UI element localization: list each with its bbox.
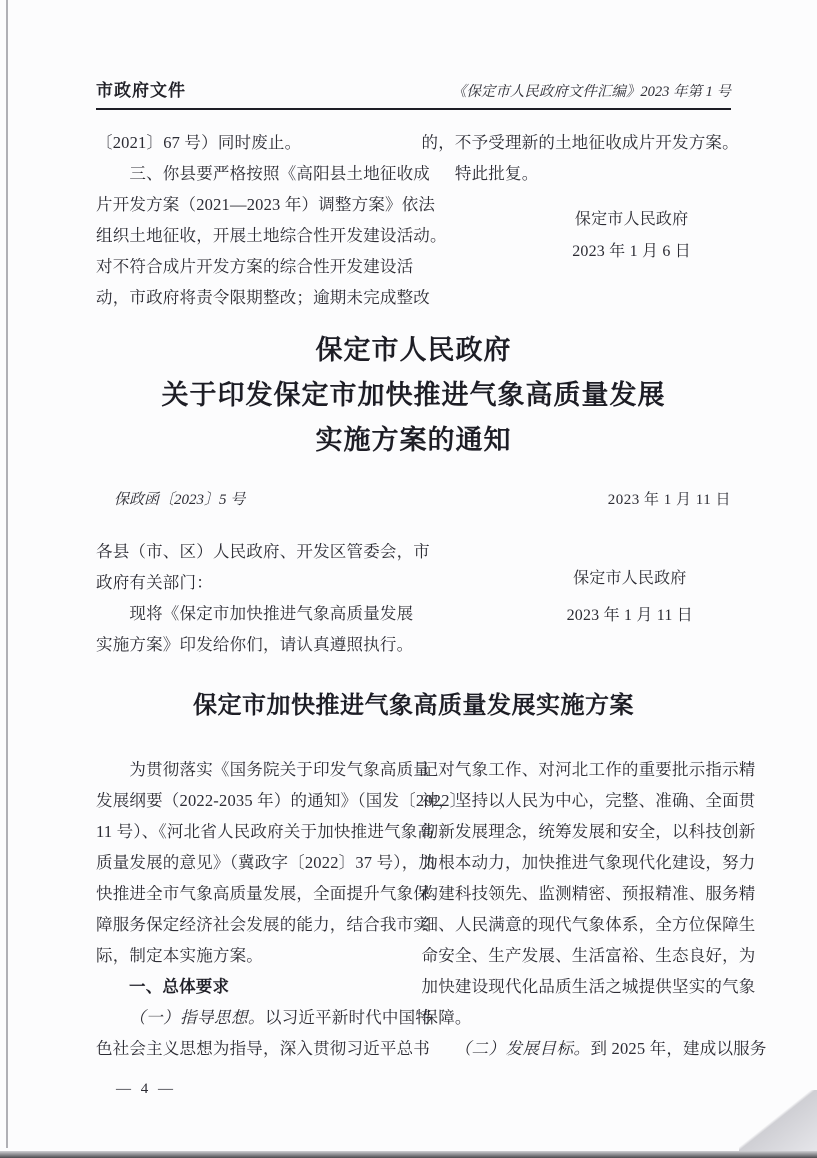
column-right: 记对气象工作、对河北工作的重要批示指示精神，坚持以人民为中心，完整、准确、全面贯…: [422, 754, 732, 1064]
plan-section-heading: 一、总体要求: [96, 971, 406, 1002]
section-plan-body: 为贯彻落实《国务院关于印发气象高质量发展纲要（2022-2035 年）的通知》（…: [96, 754, 731, 1064]
text-line: 现将《保定市加快推进气象高质量发展: [96, 598, 406, 629]
column-left: 为贯彻落实《国务院关于印发气象高质量发展纲要（2022-2035 年）的通知》（…: [96, 754, 406, 1064]
header-rule: [96, 108, 731, 110]
notice-title-line: 关于印发保定市加快推进气象高质量发展: [96, 373, 731, 418]
plan-item-label: （一）指导思想。: [129, 1008, 265, 1027]
text-line: 为贯彻落实《国务院关于印发气象高质量: [96, 754, 406, 785]
section-reply-end: 〔2021〕67 号）同时废止。 三、你县要严格按照《高阳县土地征收成片开发方案…: [96, 127, 731, 313]
plan-item-line: （二）发展目标。到 2025 年，建成以服务: [422, 1033, 732, 1064]
column-left: 〔2021〕67 号）同时废止。 三、你县要严格按照《高阳县土地征收成片开发方案…: [96, 127, 406, 313]
signature-issuer: 保定市人民政府: [572, 204, 691, 236]
plan-item-label: （二）发展目标。: [455, 1039, 591, 1058]
text-line: 组织土地征收，开展土地综合性开发建设活动。: [96, 220, 406, 251]
notice-title-line: 保定市人民政府: [96, 328, 731, 373]
signature-date: 2023 年 1 月 11 日: [567, 597, 693, 634]
text-line: 质量发展的意见》（冀政字〔2022〕37 号），加: [96, 847, 406, 878]
text-line: 为根本动力，加快推进气象现代化建设，努力: [422, 847, 732, 878]
text-line: 对不符合成片开发方案的综合性开发建设活: [96, 251, 406, 282]
text-line: 的，不予受理新的土地征收成片开发方案。: [422, 127, 732, 158]
column-right: 保定市人民政府 2023 年 1 月 11 日: [422, 536, 732, 660]
plan-right-paragraph: 记对气象工作、对河北工作的重要批示指示精神，坚持以人民为中心，完整、准确、全面贯…: [422, 754, 732, 1033]
text-line: 保障。: [422, 1002, 732, 1033]
text-line: 片开发方案（2021—2023 年）调整方案》依法: [96, 189, 406, 220]
notice-meta: 保政函〔2023〕5 号 2023 年 1 月 11 日: [96, 488, 731, 509]
text-line: 际，制定本实施方案。: [96, 940, 406, 971]
text-line: 特此批复。: [422, 158, 732, 189]
plan-item-text: 到 2025 年，建成以服务: [591, 1039, 767, 1058]
page-footer: — 4 —: [96, 1080, 731, 1098]
page-number: — 4 —: [116, 1081, 176, 1097]
signature-block: 保定市人民政府 2023 年 1 月 6 日: [572, 204, 691, 268]
plan-item-text: 以习近平新时代中国特: [265, 1008, 432, 1027]
text-line: 实施方案》印发给你们，请认真遵照执行。: [96, 629, 406, 660]
plan-heading: 保定市加快推进气象高质量发展实施方案: [96, 685, 731, 720]
text-line: 动，市政府将责令限期整改；逾期未完成整改: [96, 282, 406, 313]
page-header: 市政府文件 《保定市人民政府文件汇编》2023 年第 1 号: [96, 76, 731, 101]
scan-edge-bottom: [0, 1151, 817, 1158]
page-content: 市政府文件 《保定市人民政府文件汇编》2023 年第 1 号 〔2021〕67 …: [0, 0, 817, 1098]
text-line: 神，坚持以人民为中心，完整、准确、全面贯: [422, 785, 732, 816]
text-line: 快推进全市气象高质量发展，全面提升气象保: [96, 878, 406, 909]
header-compilation-label: 《保定市人民政府文件汇编》2023 年第 1 号: [452, 80, 731, 101]
text-line: 障服务保定经济社会发展的能力，结合我市实: [96, 909, 406, 940]
plan-left-paragraph: 为贯彻落实《国务院关于印发气象高质量发展纲要（2022-2035 年）的通知》（…: [96, 754, 406, 971]
text-line: 色社会主义思想为指导，深入贯彻习近平总书: [96, 1033, 406, 1064]
text-line: 11 号）、《河北省人民政府关于加快推进气象高: [96, 816, 406, 847]
text-line: 细、人民满意的现代气象体系，全方位保障生: [422, 909, 732, 940]
scan-corner-fold: [739, 1090, 817, 1152]
text-line: 加快建设现代化品质生活之城提供坚实的气象: [422, 971, 732, 1002]
text-line: 构建科技领先、监测精密、预报精准、服务精: [422, 878, 732, 909]
column-left: 各县（市、区）人民政府、开发区管委会，市政府有关部门： 现将《保定市加快推进气象…: [96, 536, 406, 660]
text-line: 记对气象工作、对河北工作的重要批示指示精: [422, 754, 732, 785]
signature-date: 2023 年 1 月 6 日: [572, 236, 691, 268]
plan-item-line: （一）指导思想。以习近平新时代中国特: [96, 1002, 406, 1033]
text-line: 各县（市、区）人民政府、开发区管委会，市: [96, 536, 406, 567]
signature-issuer: 保定市人民政府: [567, 560, 693, 597]
text-line: 命安全、生产发展、生活富裕、生态良好，为: [422, 940, 732, 971]
text-line: 政府有关部门：: [96, 567, 406, 598]
notice-title: 保定市人民政府 关于印发保定市加快推进气象高质量发展 实施方案的通知: [96, 328, 731, 463]
reply-right-text: 的，不予受理新的土地征收成片开发方案。 特此批复。: [422, 127, 732, 189]
section-notice-body: 各县（市、区）人民政府、开发区管委会，市政府有关部门： 现将《保定市加快推进气象…: [96, 536, 731, 660]
text-line: 发展纲要（2022-2035 年）的通知》（国发〔2022〕: [96, 785, 406, 816]
document-number: 保政函〔2023〕5 号: [96, 488, 245, 509]
notice-title-line: 实施方案的通知: [96, 418, 731, 463]
scanned-document-page: 市政府文件 《保定市人民政府文件汇编》2023 年第 1 号 〔2021〕67 …: [0, 0, 817, 1158]
signature-block: 保定市人民政府 2023 年 1 月 11 日: [567, 560, 693, 634]
header-category-label: 市政府文件: [96, 76, 186, 101]
text-line: 〔2021〕67 号）同时废止。: [96, 127, 406, 158]
text-line: 三、你县要严格按照《高阳县土地征收成: [96, 158, 406, 189]
column-right: 的，不予受理新的土地征收成片开发方案。 特此批复。 保定市人民政府 2023 年…: [422, 127, 732, 313]
document-date: 2023 年 1 月 11 日: [608, 488, 731, 509]
text-line: 彻新发展理念，统筹发展和安全，以科技创新: [422, 816, 732, 847]
